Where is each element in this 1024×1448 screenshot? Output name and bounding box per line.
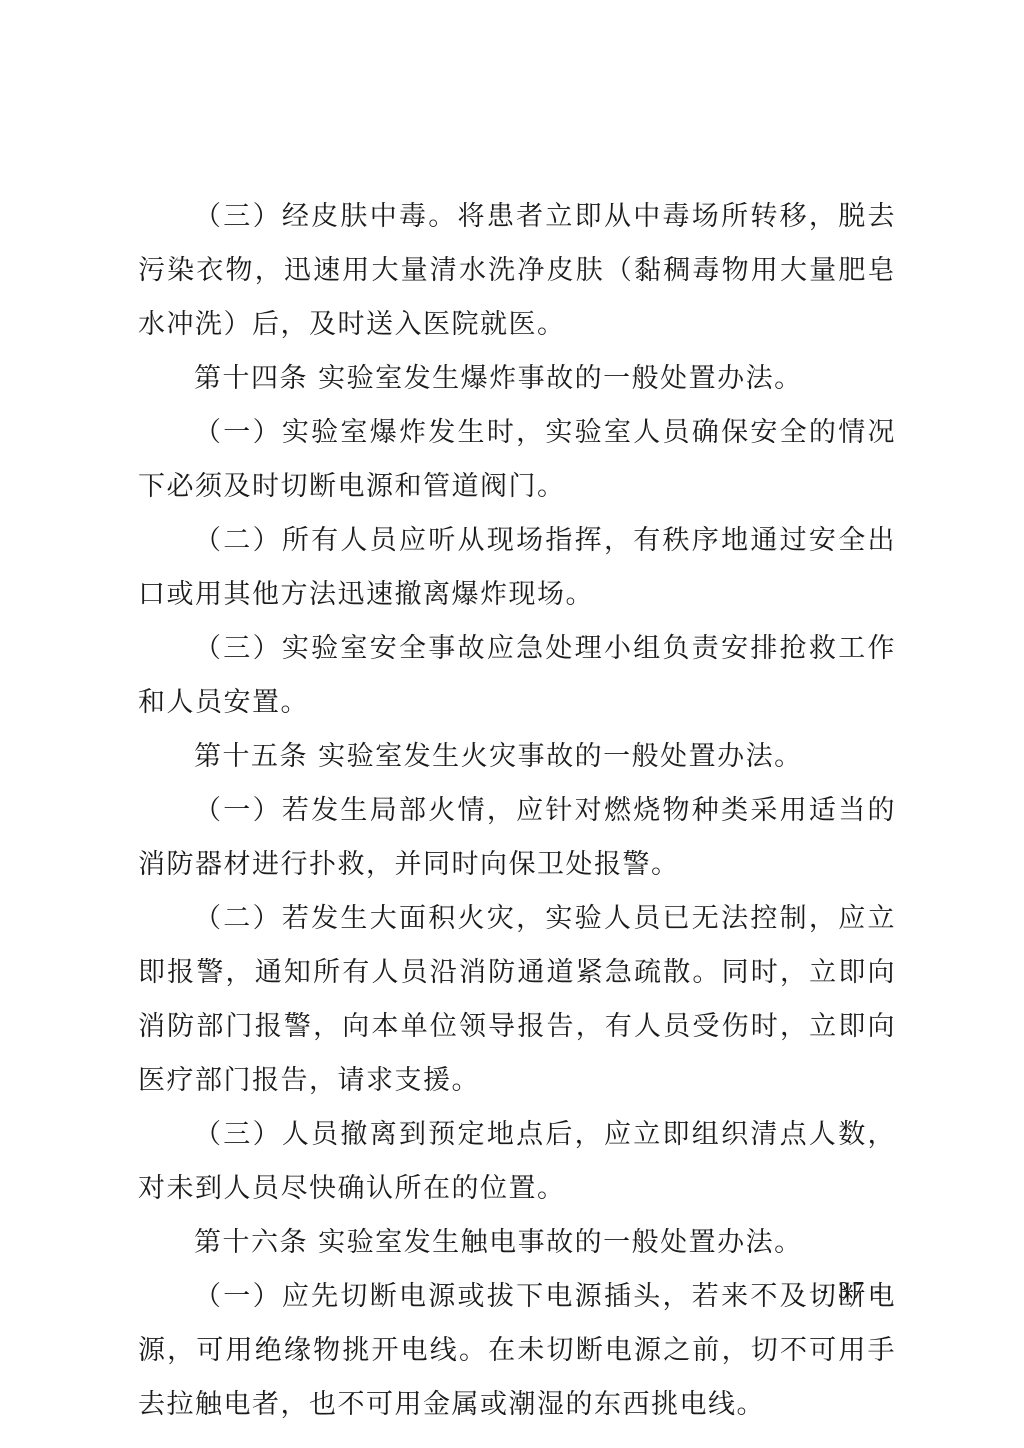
article-16-heading: 第十六条 实验室发生触电事故的一般处置办法。 (138, 1216, 896, 1270)
clause-item-explosion-1: （一）实验室爆炸发生时，实验室人员确保安全的情况下必须及时切断电源和管道阀门。 (138, 406, 896, 514)
clause-item-skin-poisoning: （三）经皮肤中毒。将患者立即从中毒场所转移，脱去污染衣物，迅速用大量清水洗净皮肤… (138, 190, 896, 352)
clause-item-explosion-2: （二）所有人员应听从现场指挥，有秩序地通过安全出口或用其他方法迅速撤离爆炸现场。 (138, 514, 896, 622)
clause-item-fire-2: （二）若发生大面积火灾，实验人员已无法控制，应立即报警，通知所有人员沿消防通道紧… (138, 892, 896, 1108)
document-page: （三）经皮肤中毒。将患者立即从中毒场所转移，脱去污染衣物，迅速用大量清水洗净皮肤… (138, 190, 896, 1432)
article-15-heading: 第十五条 实验室发生火灾事故的一般处置办法。 (138, 730, 896, 784)
clause-item-fire-3: （三）人员撤离到预定地点后，应立即组织清点人数，对未到人员尽快确认所在的位置。 (138, 1108, 896, 1216)
clause-item-fire-1: （一）若发生局部火情，应针对燃烧物种类采用适当的消防器材进行扑救，并同时向保卫处… (138, 784, 896, 892)
clause-item-explosion-3: （三）实验室安全事故应急处理小组负责安排抢救工作和人员安置。 (138, 622, 896, 730)
clause-item-electric-1: （一）应先切断电源或拔下电源插头，若来不及切断电源，可用绝缘物挑开电线。在未切断… (138, 1270, 896, 1432)
page-number: - 37 - (820, 1278, 884, 1305)
article-14-heading: 第十四条 实验室发生爆炸事故的一般处置办法。 (138, 352, 896, 406)
